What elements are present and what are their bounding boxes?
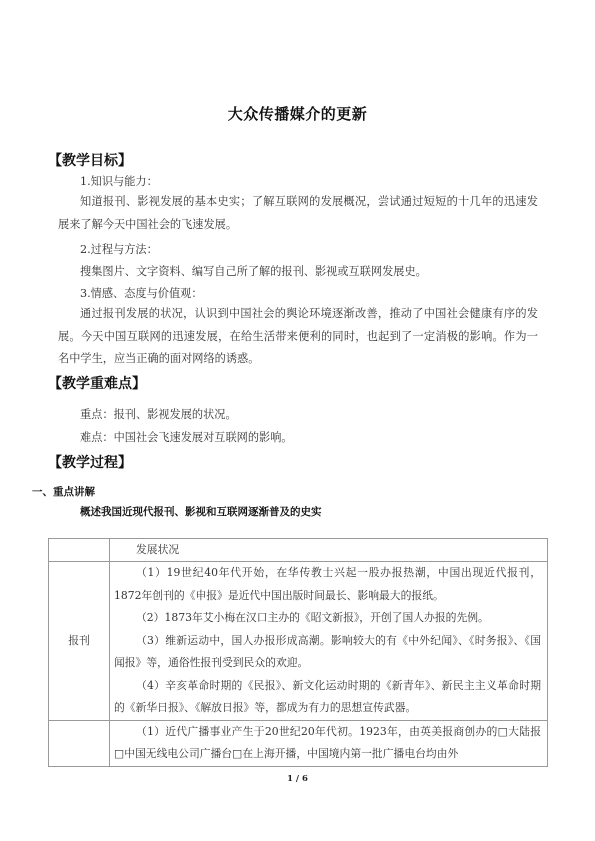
table-row-category: [49, 720, 110, 766]
table-row-item: （4）辛亥革命时期的《民报》、新文化运动时期的《新青年》、新民主主义革命时期的《…: [114, 675, 541, 720]
table-header-row: 发展状况: [49, 539, 548, 562]
key-points-heading: 【教学重难点】: [48, 373, 146, 393]
table-header-category: [49, 539, 110, 562]
objective-2-label: 2.过程与方法：: [80, 241, 158, 257]
table-row-item: （1）近代广播事业产生于20世纪20年代初。1923年，由英美报商创办的□大陆报…: [114, 721, 541, 766]
key-point-focus: 重点：报刊、影视发展的状况。: [80, 406, 237, 422]
table-row-item: （1）19世纪40年代开始，在华传教士兴起一股办报热潮，中国出现近代报刊，187…: [114, 562, 541, 607]
key-point-difficulty: 难点：中国社会飞速发展对互联网的影响。: [80, 429, 293, 445]
table-row-category: 报刊: [49, 562, 110, 721]
table-row: （1）近代广播事业产生于20世纪20年代初。1923年，由英美报商创办的□大陆报…: [49, 720, 548, 766]
history-table: 发展状况 报刊 （1）19世纪40年代开始，在华传教士兴起一股办报热潮，中国出现…: [48, 538, 548, 767]
part-one-subtitle: 概述我国近现代报刊、影视和互联网逐渐普及的史实: [80, 504, 322, 519]
objective-1-text: 知道报刊、影视发展的基本史实；了解互联网的发展概况，尝试通过短短的十几年的迅速发…: [58, 191, 538, 236]
table-row-item: （3）维新运动中，国人办报形成高潮。影响较大的有《中外纪闻》、《时务报》、《国闻…: [114, 630, 541, 675]
table-header-content: 发展状况: [110, 539, 548, 562]
table-row-item: （2）1873年艾小梅在汉口主办的《昭文新报》，开创了国人办报的先例。: [114, 607, 541, 630]
objectives-heading: 【教学目标】: [48, 150, 132, 170]
objective-3-text: 通过报刊发展的状况，认识到中国社会的舆论环境逐渐改善，推动了中国社会健康有序的发…: [58, 303, 538, 371]
document-title: 大众传播媒介的更新: [0, 103, 595, 124]
objective-1-label: 1.知识与能力：: [80, 173, 158, 189]
process-heading: 【教学过程】: [48, 452, 132, 472]
table-row: 报刊 （1）19世纪40年代开始，在华传教士兴起一股办报热潮，中国出现近代报刊，…: [49, 562, 548, 721]
objective-2-text: 搜集图片、文字资料、编写自己所了解的报刊、影视或互联网发展史。: [80, 263, 427, 279]
table-row-content: （1）近代广播事业产生于20世纪20年代初。1923年，由英美报商创办的□大陆报…: [110, 720, 548, 766]
table-row-content: （1）19世纪40年代开始，在华传教士兴起一股办报热潮，中国出现近代报刊，187…: [110, 562, 548, 721]
objective-3-label: 3.情感、态度与价值观：: [80, 285, 203, 301]
page-indicator: 1 / 6: [0, 774, 595, 784]
part-one-title: 一、重点讲解: [32, 484, 95, 499]
